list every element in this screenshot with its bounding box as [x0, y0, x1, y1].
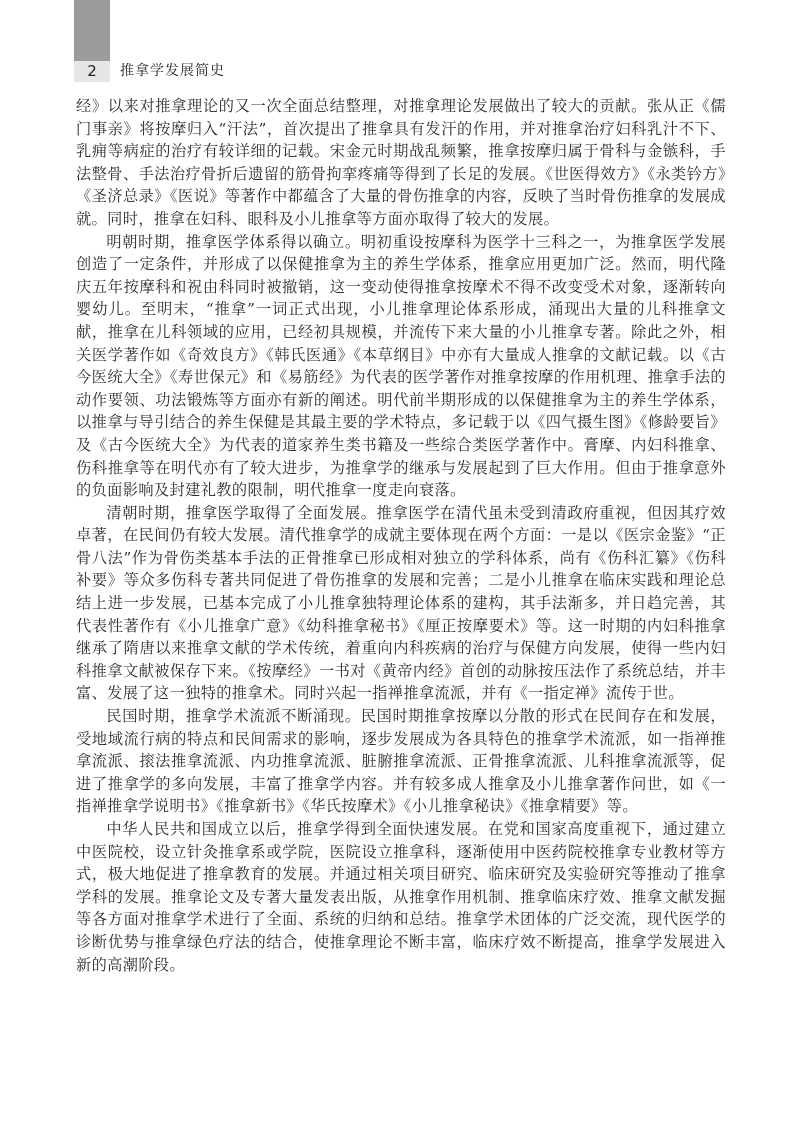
page-number: 2 [74, 61, 110, 82]
paragraph-ming-dynasty: 明朝时期，推拿医学体系得以确立。明初重设按摩科为医学十三科之一，为推拿医学发展创… [76, 231, 726, 502]
running-title: 推拿学发展简史 [120, 61, 225, 82]
paragraph-song-jin-yuan: 经》以来对推拿理论的又一次全面总结整理，对推拿理论发展做出了较大的贡献。张从正《… [76, 95, 726, 231]
paragraph-qing-dynasty: 清朝时期，推拿医学取得了全面发展。推拿医学在清代虽未受到清政府重视，但因其疗效卓… [76, 502, 726, 705]
paragraph-republic-era: 民国时期，推拿学术流派不断涌现。民国时期推拿按摩以分散的形式在民间存在和发展，受… [76, 705, 726, 818]
chapter-tab-bar [74, 0, 110, 61]
body-text: 经》以来对推拿理论的又一次全面总结整理，对推拿理论发展做出了较大的贡献。张从正《… [76, 95, 726, 976]
paragraph-prc-era: 中华人民共和国成立以后，推拿学得到全面快速发展。在党和国家高度重视下，通过建立中… [76, 818, 726, 976]
